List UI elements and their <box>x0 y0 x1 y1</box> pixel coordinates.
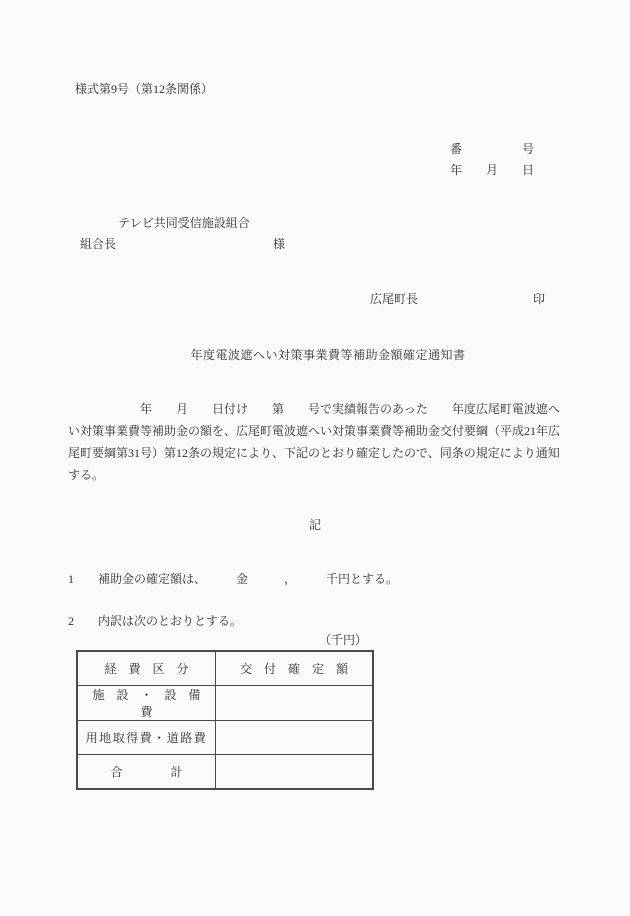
record-mark: 記 <box>0 516 630 533</box>
doc-number-date-block: 番 号 年 月 日 <box>450 139 534 181</box>
body-line: 尾町要綱第31号）第12条の規定により、下記のとおり確定したので、同条の規定によ… <box>68 442 560 464</box>
table-row: 合 計 <box>77 755 373 790</box>
document-title: 年度電波遮へい対策事業費等補助金額確定通知書 <box>190 348 465 362</box>
seal-mark: 印 <box>533 290 545 307</box>
body-line: い対策事業費等補助金の額を、広尾町電波遮へい対策事業費等補助金交付要綱（平成21… <box>68 420 560 442</box>
breakdown-table: 経 費 区 分 交 付 確 定 額 施 設 ・ 設 備 費 用地取得費・道路費 … <box>76 650 374 790</box>
sender-title: 広尾町長 <box>370 290 418 307</box>
table-row: 施 設 ・ 設 備 費 <box>77 686 373 721</box>
table-row: 用地取得費・道路費 <box>77 721 373 755</box>
body-line: する。 <box>68 464 560 486</box>
addressee-honorific: 様 <box>273 235 285 252</box>
column-header-amount: 交 付 確 定 額 <box>216 651 374 686</box>
addressee-chief-title: 組合長 <box>80 235 116 252</box>
row-category-facility: 施 設 ・ 設 備 費 <box>77 686 216 721</box>
row-category-land-road: 用地取得費・道路費 <box>77 721 216 755</box>
row-category-total: 合 計 <box>77 755 216 790</box>
body-line: 年 月 日付け 第 号で実績報告のあった 年度広尾町電波遮へ <box>68 398 560 420</box>
notice-document-page: 様式第9号（第12条関係） 番 号 年 月 日 テレビ共同受信施設組合 組合長 … <box>0 0 630 916</box>
item-confirmed-amount: 1 補助金の確定額は、 金 ， 千円とする。 <box>68 570 398 587</box>
doc-date-line: 年 月 日 <box>450 160 534 181</box>
body-paragraph: 年 月 日付け 第 号で実績報告のあった 年度広尾町電波遮へ い対策事業費等補助… <box>68 398 560 486</box>
table-header-row: 経 費 区 分 交 付 確 定 額 <box>77 651 373 686</box>
row-amount-land-road <box>216 721 374 755</box>
doc-number-line: 番 号 <box>450 139 534 160</box>
table-unit-label: （千円） <box>76 631 367 648</box>
addressee-organization: テレビ共同受信施設組合 <box>118 214 250 231</box>
form-number-label: 様式第9号（第12条関係） <box>75 80 213 97</box>
row-amount-facility <box>216 686 374 721</box>
item-breakdown-intro: 2 内訳は次のとおりとする。 <box>68 612 242 629</box>
column-header-category: 経 費 区 分 <box>77 651 216 686</box>
row-amount-total <box>216 755 374 790</box>
